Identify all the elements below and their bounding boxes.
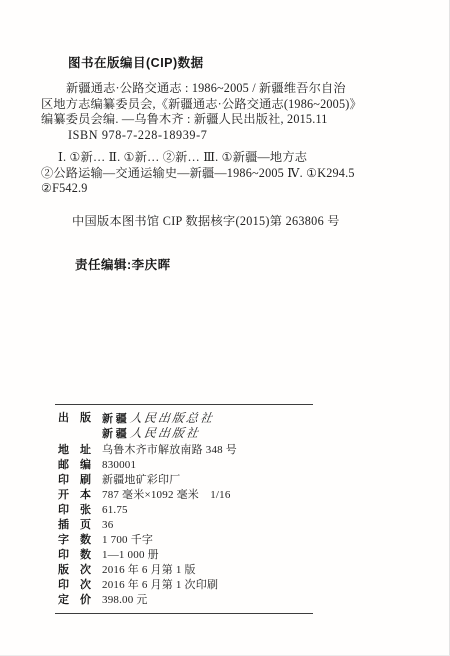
row-label: 出 版 bbox=[55, 412, 102, 426]
publisher-prefix: 新 疆 bbox=[102, 413, 130, 425]
colophon-row-postcode: 邮 编 830001 bbox=[55, 458, 313, 473]
row-label: 印 张 bbox=[55, 503, 102, 518]
colophon-row-printrun: 印 数 1—1 000 册 bbox=[55, 548, 313, 563]
row-value: 乌鲁木齐市解放南路 348 号 bbox=[102, 443, 237, 458]
row-value: 61.75 bbox=[102, 503, 128, 518]
row-value: 2016 年 6 月第 1 版 bbox=[102, 563, 196, 578]
classification-line: Ⅰ. ①新… Ⅱ. ①新… ②新… Ⅲ. ①新疆—地方志 bbox=[41, 150, 401, 166]
publisher-names: 新 疆 人民出版总社 新 疆 人民出版社 bbox=[102, 412, 214, 441]
row-label: 定 价 bbox=[55, 593, 102, 608]
row-label: 字 数 bbox=[55, 533, 102, 548]
classification-line: ②公路运输—交通运输史—新疆—1986~2005 Ⅳ. ①K294.5 bbox=[41, 166, 401, 182]
cip-paragraph-line: 新疆通志·公路交通志 : 1986~2005 / 新疆维吾尔自治 bbox=[41, 81, 401, 97]
row-value: 36 bbox=[102, 518, 113, 533]
colophon-row-wordcount: 字 数 1 700 千字 bbox=[55, 533, 313, 548]
colophon-divider-bottom bbox=[55, 613, 313, 614]
colophon-row-printer: 印 刷 新疆地矿彩印厂 bbox=[55, 473, 313, 488]
publisher-script-name: 人民出版总社 bbox=[129, 412, 215, 426]
colophon-row-price: 定 价 398.00 元 bbox=[55, 593, 313, 608]
isbn-line: ISBN 978-7-228-18939-7 bbox=[41, 128, 401, 144]
colophon-row-edition: 版 次 2016 年 6 月第 1 版 bbox=[55, 563, 313, 578]
publisher-line: 新 疆 人民出版总社 bbox=[102, 412, 214, 427]
row-value: 2016 年 6 月第 1 次印刷 bbox=[102, 578, 218, 593]
row-label: 地 址 bbox=[55, 443, 102, 458]
cip-record-line: 中国版本图书馆 CIP 数据核字(2015)第 263806 号 bbox=[72, 212, 340, 229]
row-value: 830001 bbox=[102, 458, 136, 473]
colophon-row-inserts: 插 页 36 bbox=[55, 518, 313, 533]
publisher-script-name: 人民出版社 bbox=[129, 427, 201, 441]
row-value: 1—1 000 册 bbox=[102, 548, 159, 563]
cip-heading: 图书在版编目(CIP)数据 bbox=[68, 53, 204, 71]
colophon-body: 出 版 新 疆 人民出版总社 新 疆 人民出版社 地 址 乌鲁木齐市解放南路 3… bbox=[55, 405, 313, 608]
classification-line: ②F542.9 bbox=[41, 181, 401, 197]
colophon-row-sheets: 印 张 61.75 bbox=[55, 503, 313, 518]
cip-paragraph-line: 区地方志编纂委员会,《新疆通志·公路交通志(1986~2005)》 bbox=[41, 97, 401, 113]
row-value: 787 毫米×1092 毫米 1/16 bbox=[102, 488, 231, 503]
row-value: 398.00 元 bbox=[102, 593, 148, 608]
row-label: 印 次 bbox=[55, 578, 102, 593]
row-value: 新疆地矿彩印厂 bbox=[102, 473, 180, 488]
cip-classification-block: Ⅰ. ①新… Ⅱ. ①新… ②新… Ⅲ. ①新疆—地方志 ②公路运输—交通运输史… bbox=[41, 150, 401, 197]
row-label: 印 刷 bbox=[55, 473, 102, 488]
row-label: 邮 编 bbox=[55, 458, 102, 473]
copyright-page: 图书在版编目(CIP)数据 新疆通志·公路交通志 : 1986~2005 / 新… bbox=[0, 0, 450, 656]
row-value: 1 700 千字 bbox=[102, 533, 153, 548]
cip-bibliographic-paragraph: 新疆通志·公路交通志 : 1986~2005 / 新疆维吾尔自治 区地方志编纂委… bbox=[41, 81, 401, 143]
colophon-row-impression: 印 次 2016 年 6 月第 1 次印刷 bbox=[55, 578, 313, 593]
colophon-table: 出 版 新 疆 人民出版总社 新 疆 人民出版社 地 址 乌鲁木齐市解放南路 3… bbox=[55, 404, 313, 614]
colophon-row-format: 开 本 787 毫米×1092 毫米 1/16 bbox=[55, 488, 313, 503]
row-label: 插 页 bbox=[55, 518, 102, 533]
row-label: 版 次 bbox=[55, 563, 102, 578]
publisher-prefix: 新 疆 bbox=[102, 428, 130, 440]
responsible-editor-line: 责任编辑:李庆晖 bbox=[75, 255, 171, 273]
publisher-line: 新 疆 人民出版社 bbox=[102, 427, 214, 442]
colophon-row-address: 地 址 乌鲁木齐市解放南路 348 号 bbox=[55, 443, 313, 458]
row-label: 印 数 bbox=[55, 548, 102, 563]
colophon-row-publisher: 出 版 新 疆 人民出版总社 新 疆 人民出版社 bbox=[55, 412, 313, 441]
cip-paragraph-line: 编纂委员会编. —乌鲁木齐 : 新疆人民出版社, 2015.11 bbox=[41, 112, 401, 128]
row-label: 开 本 bbox=[55, 488, 102, 503]
